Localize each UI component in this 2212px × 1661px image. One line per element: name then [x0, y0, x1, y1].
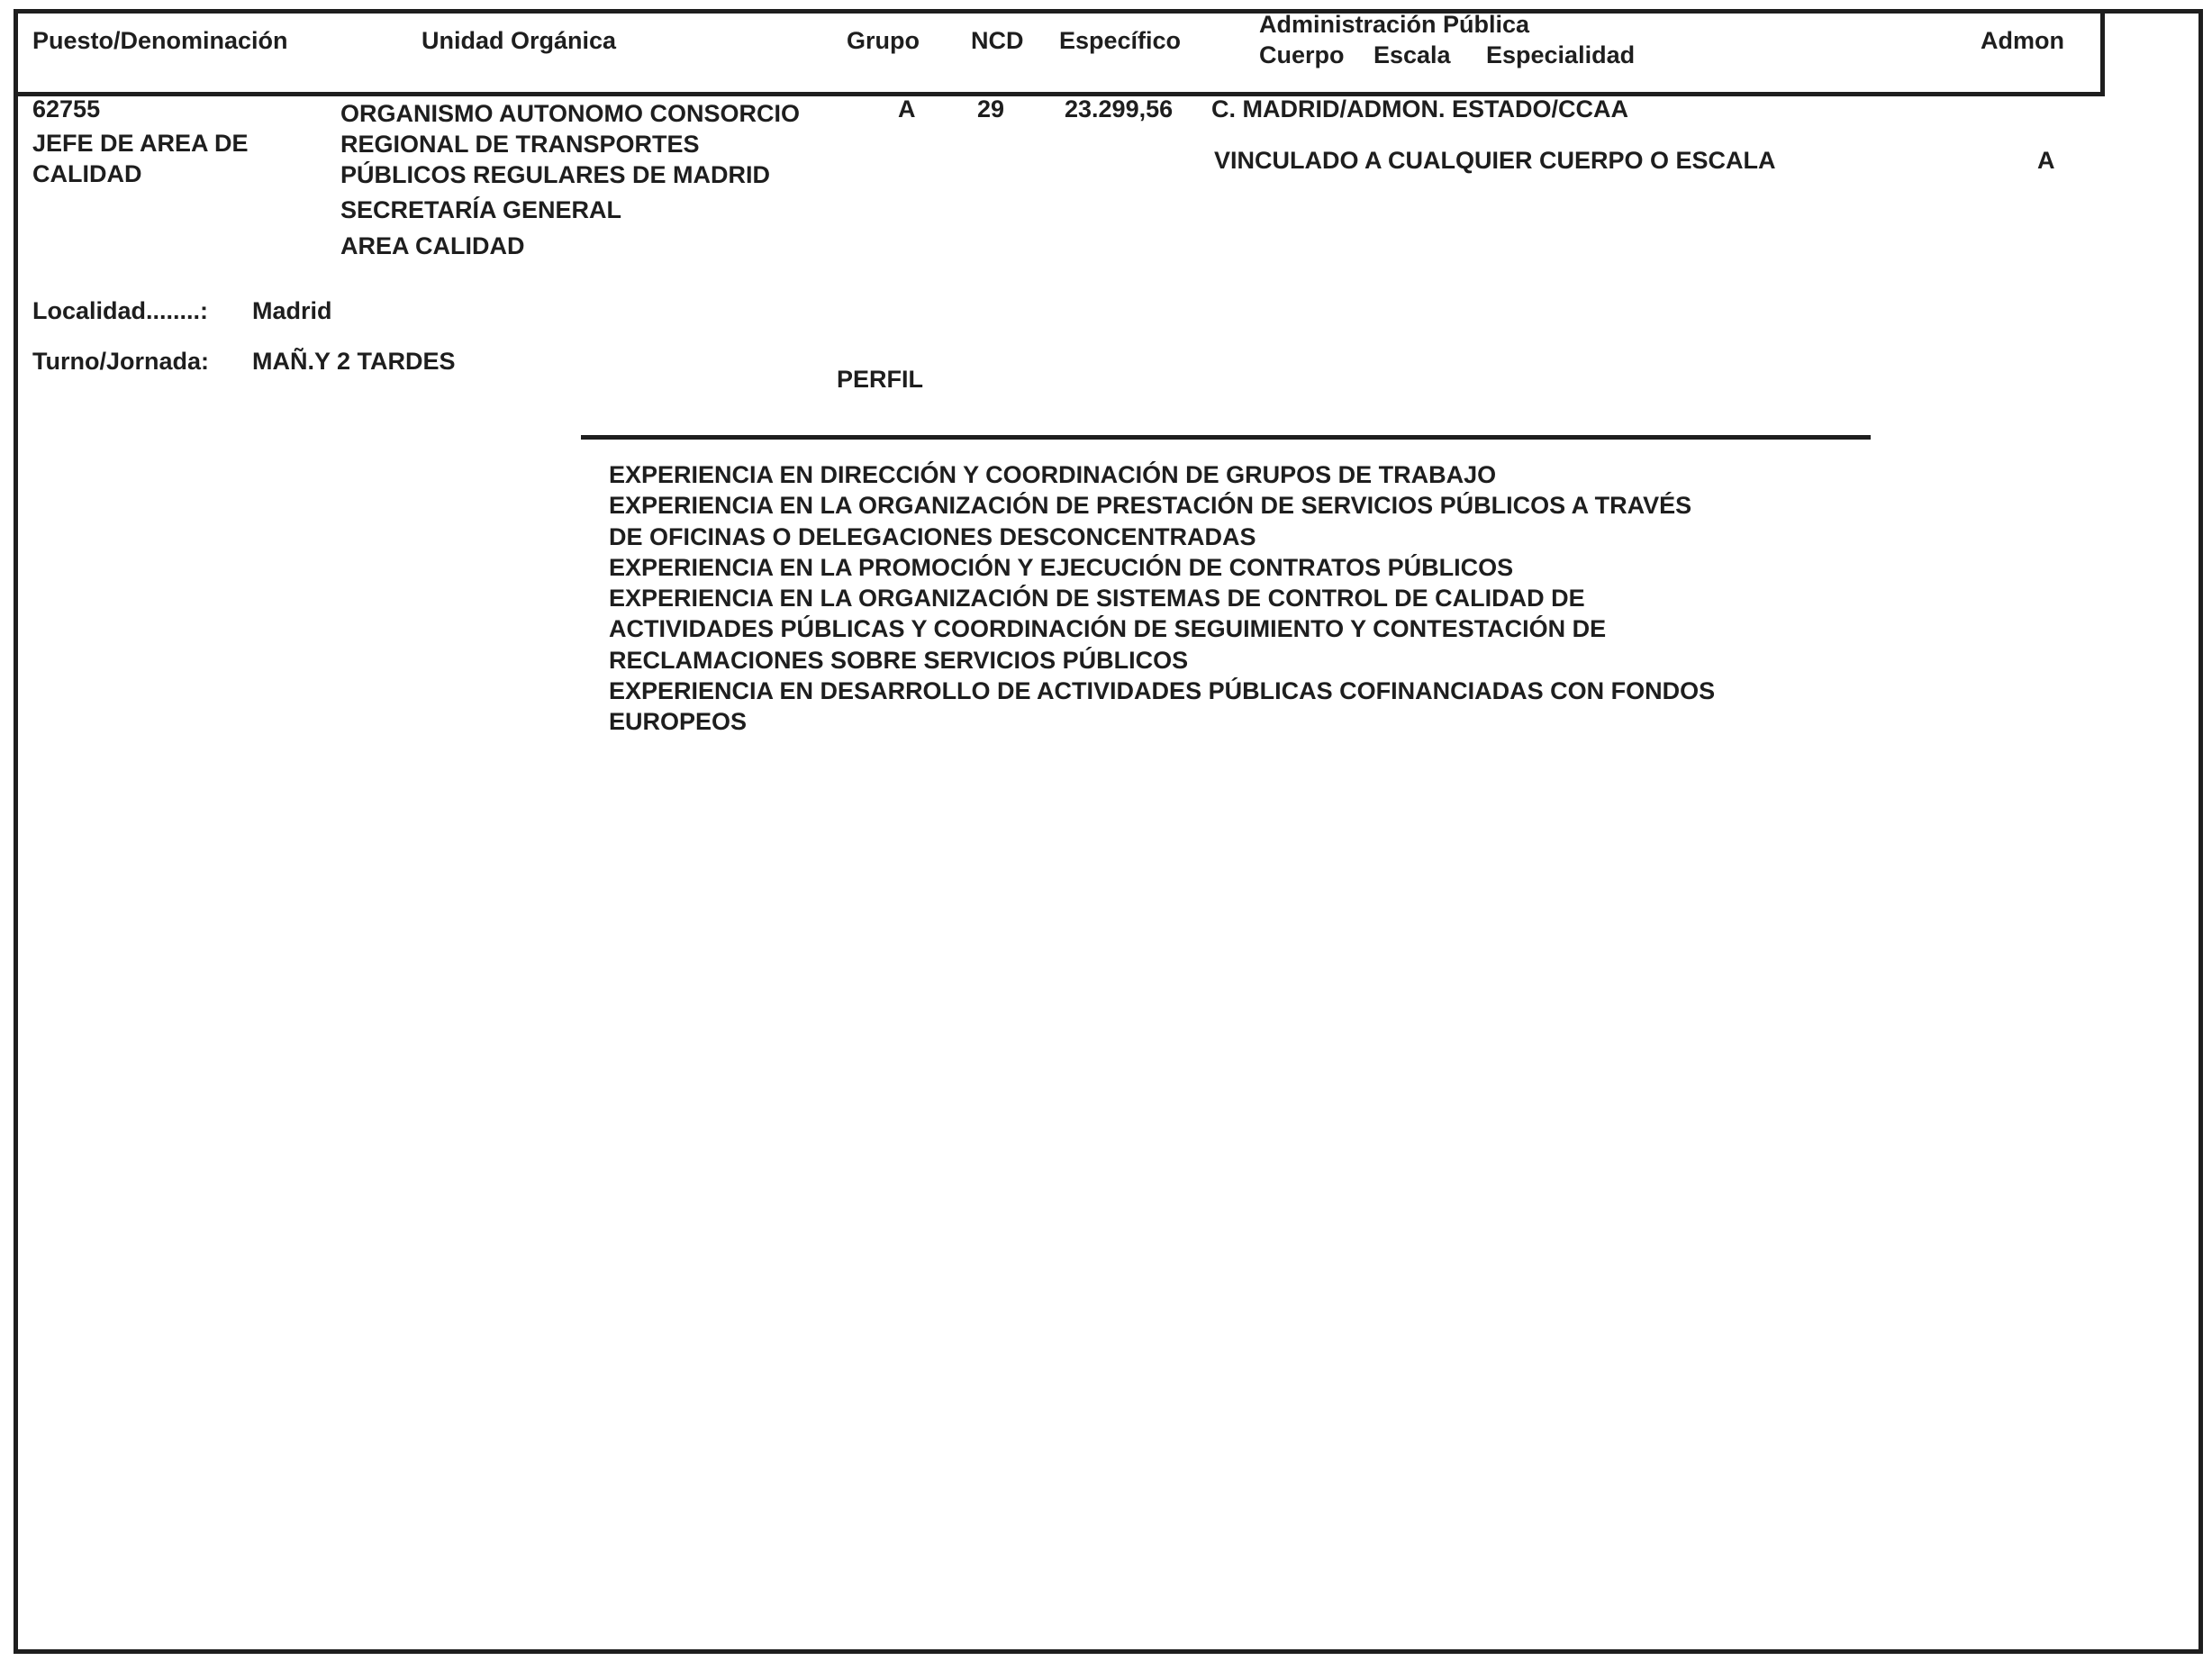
perfil-title: PERFIL	[837, 366, 923, 394]
header-puesto: Puesto/Denominación	[32, 27, 288, 55]
record-denominacion-line: JEFE DE AREA DE	[32, 130, 249, 158]
perfil-line: EUROPEOS	[609, 706, 1715, 737]
turno-label: Turno/Jornada:	[32, 348, 209, 376]
record-unidad-line: SECRETARÍA GENERAL	[340, 196, 621, 224]
record-cuerpo-escala: VINCULADO A CUALQUIER CUERPO O ESCALA	[1214, 147, 1776, 175]
perfil-line: EXPERIENCIA EN DIRECCIÓN Y COORDINACIÓN …	[609, 459, 1715, 490]
header-admon: Admon	[1981, 27, 2064, 55]
header-grupo: Grupo	[847, 27, 920, 55]
record-denominacion-line: CALIDAD	[32, 160, 142, 188]
record-admon: A	[2037, 147, 2055, 175]
perfil-divider	[581, 435, 1871, 440]
header-cuerpo: Cuerpo	[1259, 41, 1345, 69]
header-escala: Escala	[1373, 41, 1451, 69]
record-ncd: 29	[977, 95, 1004, 123]
perfil-line: EXPERIENCIA EN LA ORGANIZACIÓN DE PRESTA…	[609, 490, 1715, 521]
turno-value: MAÑ.Y 2 TARDES	[252, 348, 456, 376]
record-unidad-line: AREA CALIDAD	[340, 232, 525, 260]
record-codigo: 62755	[32, 95, 100, 123]
localidad-label: Localidad........:	[32, 297, 208, 325]
perfil-line: RECLAMACIONES SOBRE SERVICIOS PÚBLICOS	[609, 645, 1715, 676]
perfil-line: EXPERIENCIA EN DESARROLLO DE ACTIVIDADES…	[609, 676, 1715, 706]
header-administracion: Administración Pública	[1259, 11, 1529, 39]
perfil-line: ACTIVIDADES PÚBLICAS Y COORDINACIÓN DE S…	[609, 613, 1715, 644]
header-especifico: Específico	[1059, 27, 1181, 55]
perfil-line: EXPERIENCIA EN LA ORGANIZACIÓN DE SISTEM…	[609, 583, 1715, 613]
header-unidad: Unidad Orgánica	[422, 27, 616, 55]
perfil-list: EXPERIENCIA EN DIRECCIÓN Y COORDINACIÓN …	[609, 459, 1715, 738]
record-administracion: C. MADRID/ADMON. ESTADO/CCAA	[1211, 95, 1628, 123]
header-especialidad: Especialidad	[1486, 41, 1635, 69]
record-unidad-line: PÚBLICOS REGULARES DE MADRID	[340, 161, 770, 189]
record-especifico: 23.299,56	[1065, 95, 1173, 123]
record-unidad-line: ORGANISMO AUTONOMO CONSORCIO	[340, 100, 800, 128]
localidad-value: Madrid	[252, 297, 332, 325]
perfil-line: DE OFICINAS O DELEGACIONES DESCONCENTRAD…	[609, 522, 1715, 552]
record-grupo: A	[898, 95, 916, 123]
perfil-line: EXPERIENCIA EN LA PROMOCIÓN Y EJECUCIÓN …	[609, 552, 1715, 583]
header-ncd: NCD	[971, 27, 1024, 55]
record-unidad-line: REGIONAL DE TRANSPORTES	[340, 131, 700, 159]
